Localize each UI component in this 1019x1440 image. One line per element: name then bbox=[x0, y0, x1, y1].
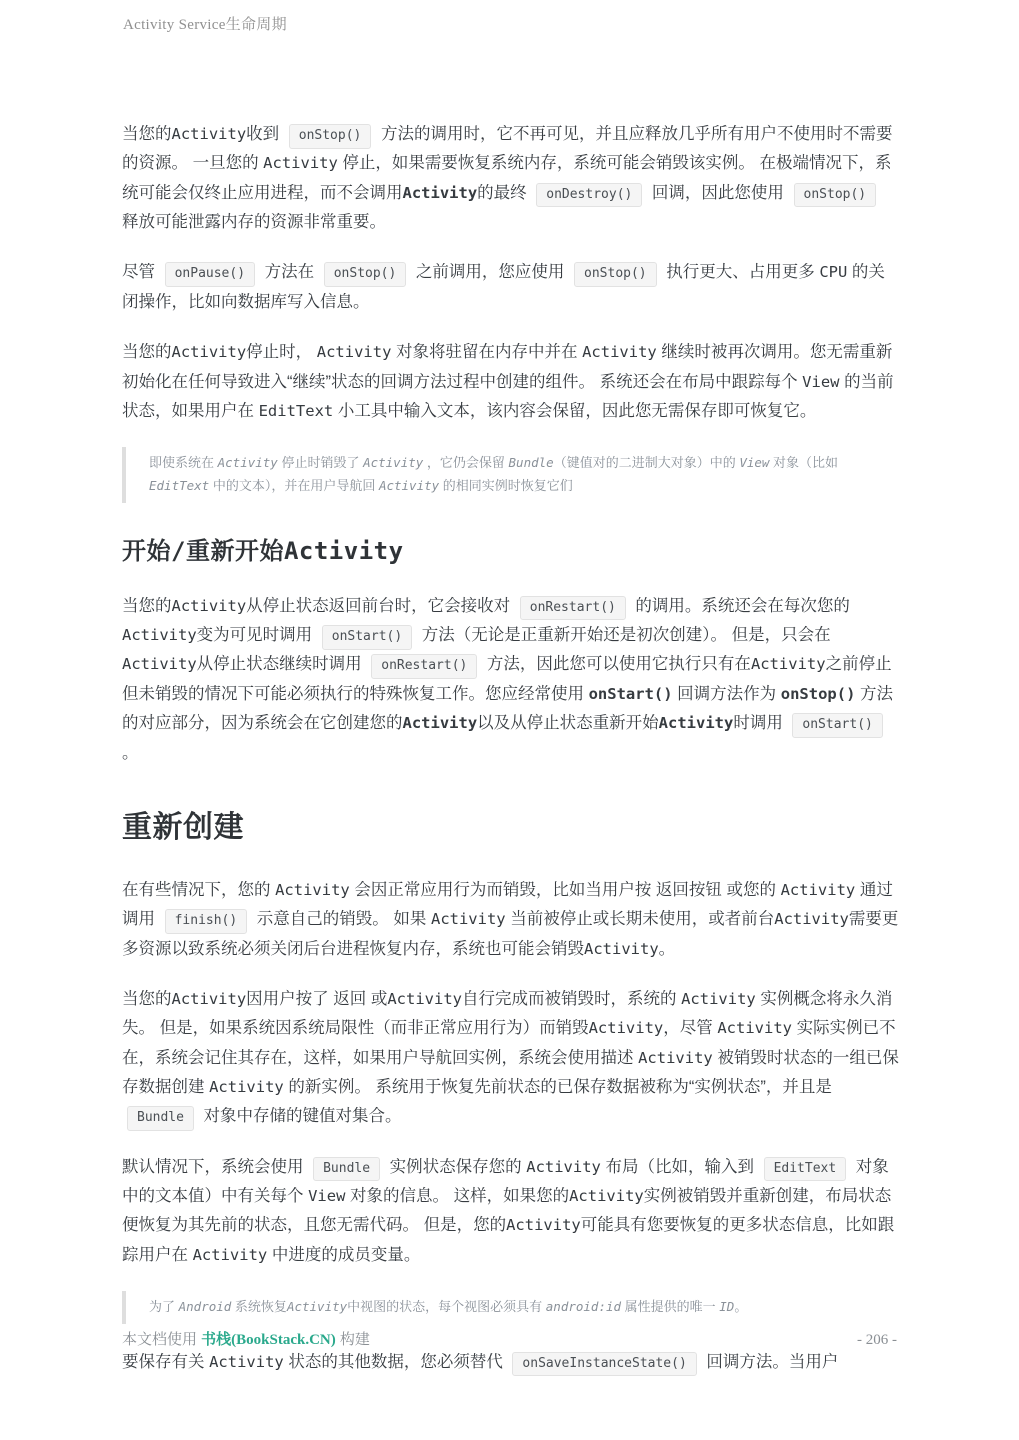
inline-code-badge: onStart() bbox=[792, 713, 882, 738]
code-term: Activity bbox=[681, 990, 756, 1008]
code-term: Activity bbox=[403, 184, 478, 202]
paragraph: 默认情况下，系统会使用 Bundle 实例状态保存您的 Activity 布局（… bbox=[122, 1153, 900, 1270]
inline-code-badge: onStop() bbox=[574, 262, 657, 287]
paragraph: 当您的Activity从停止状态返回前台时，它会接收对 onRestart() … bbox=[122, 592, 900, 768]
inline-code-badge: onStop() bbox=[324, 262, 407, 287]
code-term: Activity bbox=[172, 343, 247, 361]
paragraph: 要保存有关 Activity 状态的其他数据，您必须替代 onSaveInsta… bbox=[122, 1348, 900, 1377]
code-term: View bbox=[802, 373, 839, 391]
code-term: Activity bbox=[569, 1187, 644, 1205]
code-term: CPU bbox=[819, 263, 847, 281]
italic-code-term: Android bbox=[179, 1299, 232, 1314]
text-segment: 要保存有关 bbox=[122, 1353, 209, 1371]
text-segment: 布局（比如，输入到 bbox=[601, 1158, 759, 1176]
text-segment: 的调用。系统还会在每次您的 bbox=[631, 597, 850, 615]
text-segment: 方法（无论是正重新开始还是初次创建）。 但是，只会在 bbox=[417, 626, 830, 644]
text-segment: 变为可见时调用 bbox=[197, 626, 317, 644]
text-segment: ，尽管 bbox=[663, 1019, 717, 1037]
code-term: Activity bbox=[317, 343, 392, 361]
text-segment: 中的文本），并在用户导航回 bbox=[209, 478, 379, 493]
code-term: Activity bbox=[209, 1353, 284, 1371]
text-segment: 为了 bbox=[149, 1299, 179, 1314]
code-term: EditText bbox=[259, 402, 334, 420]
code-term: Activity bbox=[431, 910, 506, 928]
text-segment: 小工具中输入文本，该内容会保留，因此您无需保存即可恢复它。 bbox=[333, 402, 816, 420]
running-header: Activity Service生命周期 bbox=[123, 13, 287, 34]
text-segment: 属性提供的唯一 bbox=[621, 1299, 719, 1314]
code-term: Activity bbox=[751, 655, 826, 673]
text-segment: 对象的信息。 这样，如果您的 bbox=[345, 1187, 569, 1205]
inline-code-badge: Bundle bbox=[127, 1106, 194, 1131]
text-segment: 当您的 bbox=[122, 125, 172, 143]
bookstack-link[interactable]: 书栈(BookStack.CN) bbox=[201, 1332, 336, 1348]
text-segment: 实例状态保存您的 bbox=[385, 1158, 526, 1176]
paragraph: 尽管 onPause() 方法在 onStop() 之前调用，您应使用 onSt… bbox=[122, 258, 900, 317]
text-segment: 当前被停止或长期未使用，或者前台 bbox=[506, 910, 775, 928]
text-segment: 之前调用，您应使用 bbox=[411, 263, 569, 281]
text-segment: 对象（比如 bbox=[769, 455, 838, 470]
note-blockquote: 为了 Android 系统恢复Activity中视图的状态，每个视图必须具有 a… bbox=[122, 1291, 900, 1324]
text-segment: 回调，因此您使用 bbox=[647, 184, 788, 202]
text-segment: ，它仍会保留 bbox=[423, 455, 508, 470]
note-blockquote: 即使系统在 Activity 停止时销毁了 Activity ，它仍会保留 Bu… bbox=[122, 447, 900, 503]
inline-code-badge: onStop() bbox=[289, 124, 372, 149]
code-term: Activity bbox=[774, 910, 849, 928]
text-segment: 的相同实例时恢复它们 bbox=[439, 478, 573, 493]
text-segment: 停止时销毁了 bbox=[278, 455, 363, 470]
inline-code-badge: onRestart() bbox=[371, 654, 477, 679]
inline-code-badge: onSaveInstanceState() bbox=[512, 1352, 696, 1377]
inline-code-badge: finish() bbox=[165, 909, 248, 934]
text-segment: 从停止状态返回前台时，它会接收对 bbox=[246, 597, 515, 615]
text-segment: 当您的 bbox=[122, 990, 172, 1008]
code-term: Activity bbox=[781, 881, 856, 899]
code-term: Activity bbox=[209, 1078, 284, 1096]
inline-code-badge: onStop() bbox=[794, 183, 877, 208]
document-content: 当您的Activity收到 onStop() 方法的调用时，它不再可见，并且应释… bbox=[122, 120, 900, 1398]
text-segment: 从停止状态继续时调用 bbox=[197, 655, 367, 673]
paragraph: 当您的Activity收到 onStop() 方法的调用时，它不再可见，并且应释… bbox=[122, 120, 900, 237]
code-term: onStop() bbox=[781, 685, 856, 703]
inline-code-badge: onRestart() bbox=[520, 596, 626, 621]
footer-suffix: 构建 bbox=[336, 1331, 370, 1348]
text-segment: 即使系统在 bbox=[149, 455, 218, 470]
italic-code-term: EditText bbox=[149, 478, 209, 493]
code-term: Activity bbox=[506, 1216, 581, 1234]
italic-code-term: ID bbox=[719, 1299, 734, 1314]
text-segment: 中进度的成员变量。 bbox=[267, 1246, 420, 1264]
code-term: Activity bbox=[122, 655, 197, 673]
text-segment: 停止时， bbox=[246, 343, 317, 361]
text-segment: 开始/重新开始Activity bbox=[122, 537, 404, 565]
code-term: Activity bbox=[403, 714, 478, 732]
code-term: Activity bbox=[638, 1049, 713, 1067]
italic-code-term: View bbox=[739, 455, 769, 470]
italic-code-term: Activity bbox=[379, 478, 439, 493]
text-segment: 执行更大、占用更多 bbox=[662, 263, 820, 281]
paragraph: 当您的Activity因用户按了 返回 或Activity自行完成而被销毁时，系… bbox=[122, 985, 900, 1132]
text-segment: 对象将驻留在内存中并在 bbox=[391, 343, 582, 361]
text-segment: 。 bbox=[659, 940, 676, 958]
code-term: Activity bbox=[275, 881, 350, 899]
italic-code-term: Bundle bbox=[509, 455, 554, 470]
italic-code-term: Activity bbox=[363, 455, 423, 470]
text-segment: 尽管 bbox=[122, 263, 160, 281]
footer-build-note: 本文档使用 书栈(BookStack.CN) 构建 bbox=[122, 1328, 370, 1349]
text-segment: 中视图的状态，每个视图必须具有 bbox=[347, 1299, 546, 1314]
text-segment: 状态的其他数据，您必须替代 bbox=[284, 1353, 508, 1371]
inline-code-badge: onPause() bbox=[165, 262, 255, 287]
page-footer: 本文档使用 书栈(BookStack.CN) 构建 - 206 - bbox=[122, 1328, 897, 1349]
text-segment: 回调方法作为 bbox=[673, 685, 781, 703]
text-segment: 会因正常应用行为而销毁，比如当用户按 返回按钮 或您的 bbox=[350, 881, 781, 899]
footer-prefix: 本文档使用 bbox=[122, 1331, 201, 1348]
text-segment: 方法，因此您可以使用它执行只有在 bbox=[482, 655, 751, 673]
text-segment: 在有些情况下，您的 bbox=[122, 881, 275, 899]
text-segment: 当您的 bbox=[122, 597, 172, 615]
code-term: Activity bbox=[172, 990, 247, 1008]
code-term: onStart() bbox=[589, 685, 673, 703]
inline-code-badge: EditText bbox=[764, 1157, 847, 1182]
code-term: Activity bbox=[659, 714, 734, 732]
inline-code-badge: Bundle bbox=[313, 1157, 380, 1182]
italic-code-term: android:id bbox=[546, 1299, 621, 1314]
code-term: Activity bbox=[584, 940, 659, 958]
text-segment: 。 bbox=[734, 1299, 747, 1314]
inline-code-badge: onStart() bbox=[322, 625, 412, 650]
code-term: Activity bbox=[387, 990, 462, 1008]
text-segment: 时调用 bbox=[733, 714, 787, 732]
paragraph: 在有些情况下，您的 Activity 会因正常应用行为而销毁，比如当用户按 返回… bbox=[122, 876, 900, 964]
code-term: Activity bbox=[582, 343, 657, 361]
code-term: Activity bbox=[263, 154, 338, 172]
text-segment: 回调方法。当用户 bbox=[702, 1353, 839, 1371]
code-term: Activity bbox=[172, 125, 247, 143]
code-term: Activity bbox=[193, 1246, 268, 1264]
code-term: Activity bbox=[589, 1019, 664, 1037]
text-segment: 重新创建 bbox=[122, 811, 244, 844]
text-segment: 方法在 bbox=[260, 263, 319, 281]
text-segment: 。 bbox=[122, 744, 139, 762]
italic-code-term: Activity bbox=[218, 455, 278, 470]
text-segment: 收到 bbox=[246, 125, 284, 143]
paragraph: 当您的Activity停止时， Activity 对象将驻留在内存中并在 Act… bbox=[122, 338, 900, 426]
text-segment: 以及从停止状态重新开始 bbox=[477, 714, 659, 732]
text-segment: 的新实例。 系统用于恢复先前状态的已保存数据被称为“实例状态”，并且是 bbox=[284, 1078, 832, 1096]
text-segment: 的最终 bbox=[477, 184, 531, 202]
section-heading: 重新创建 bbox=[122, 802, 900, 846]
code-term: Activity bbox=[122, 626, 197, 644]
text-segment: 系统恢复 bbox=[231, 1299, 287, 1314]
code-term: View bbox=[308, 1187, 345, 1205]
subsection-heading: 开始/重新开始Activity bbox=[122, 531, 900, 566]
text-segment: （键值对的二进制大对象）中的 bbox=[554, 455, 740, 470]
text-segment: 因用户按了 返回 或 bbox=[246, 990, 387, 1008]
code-term: Activity bbox=[172, 597, 247, 615]
text-segment: 对象中存储的键值对集合。 bbox=[199, 1107, 402, 1125]
italic-code-term: Activity bbox=[287, 1299, 347, 1314]
page-number: - 206 - bbox=[857, 1332, 897, 1349]
text-segment: 示意自己的销毁。 如果 bbox=[252, 910, 431, 928]
text-segment: 默认情况下，系统会使用 bbox=[122, 1158, 308, 1176]
code-term: Activity bbox=[717, 1019, 792, 1037]
code-term: Activity bbox=[526, 1158, 601, 1176]
inline-code-badge: onDestroy() bbox=[536, 183, 642, 208]
text-segment: 释放可能泄露内存的资源非常重要。 bbox=[122, 213, 386, 231]
text-segment: 自行完成而被销毁时，系统的 bbox=[462, 990, 681, 1008]
text-segment: 当您的 bbox=[122, 343, 172, 361]
